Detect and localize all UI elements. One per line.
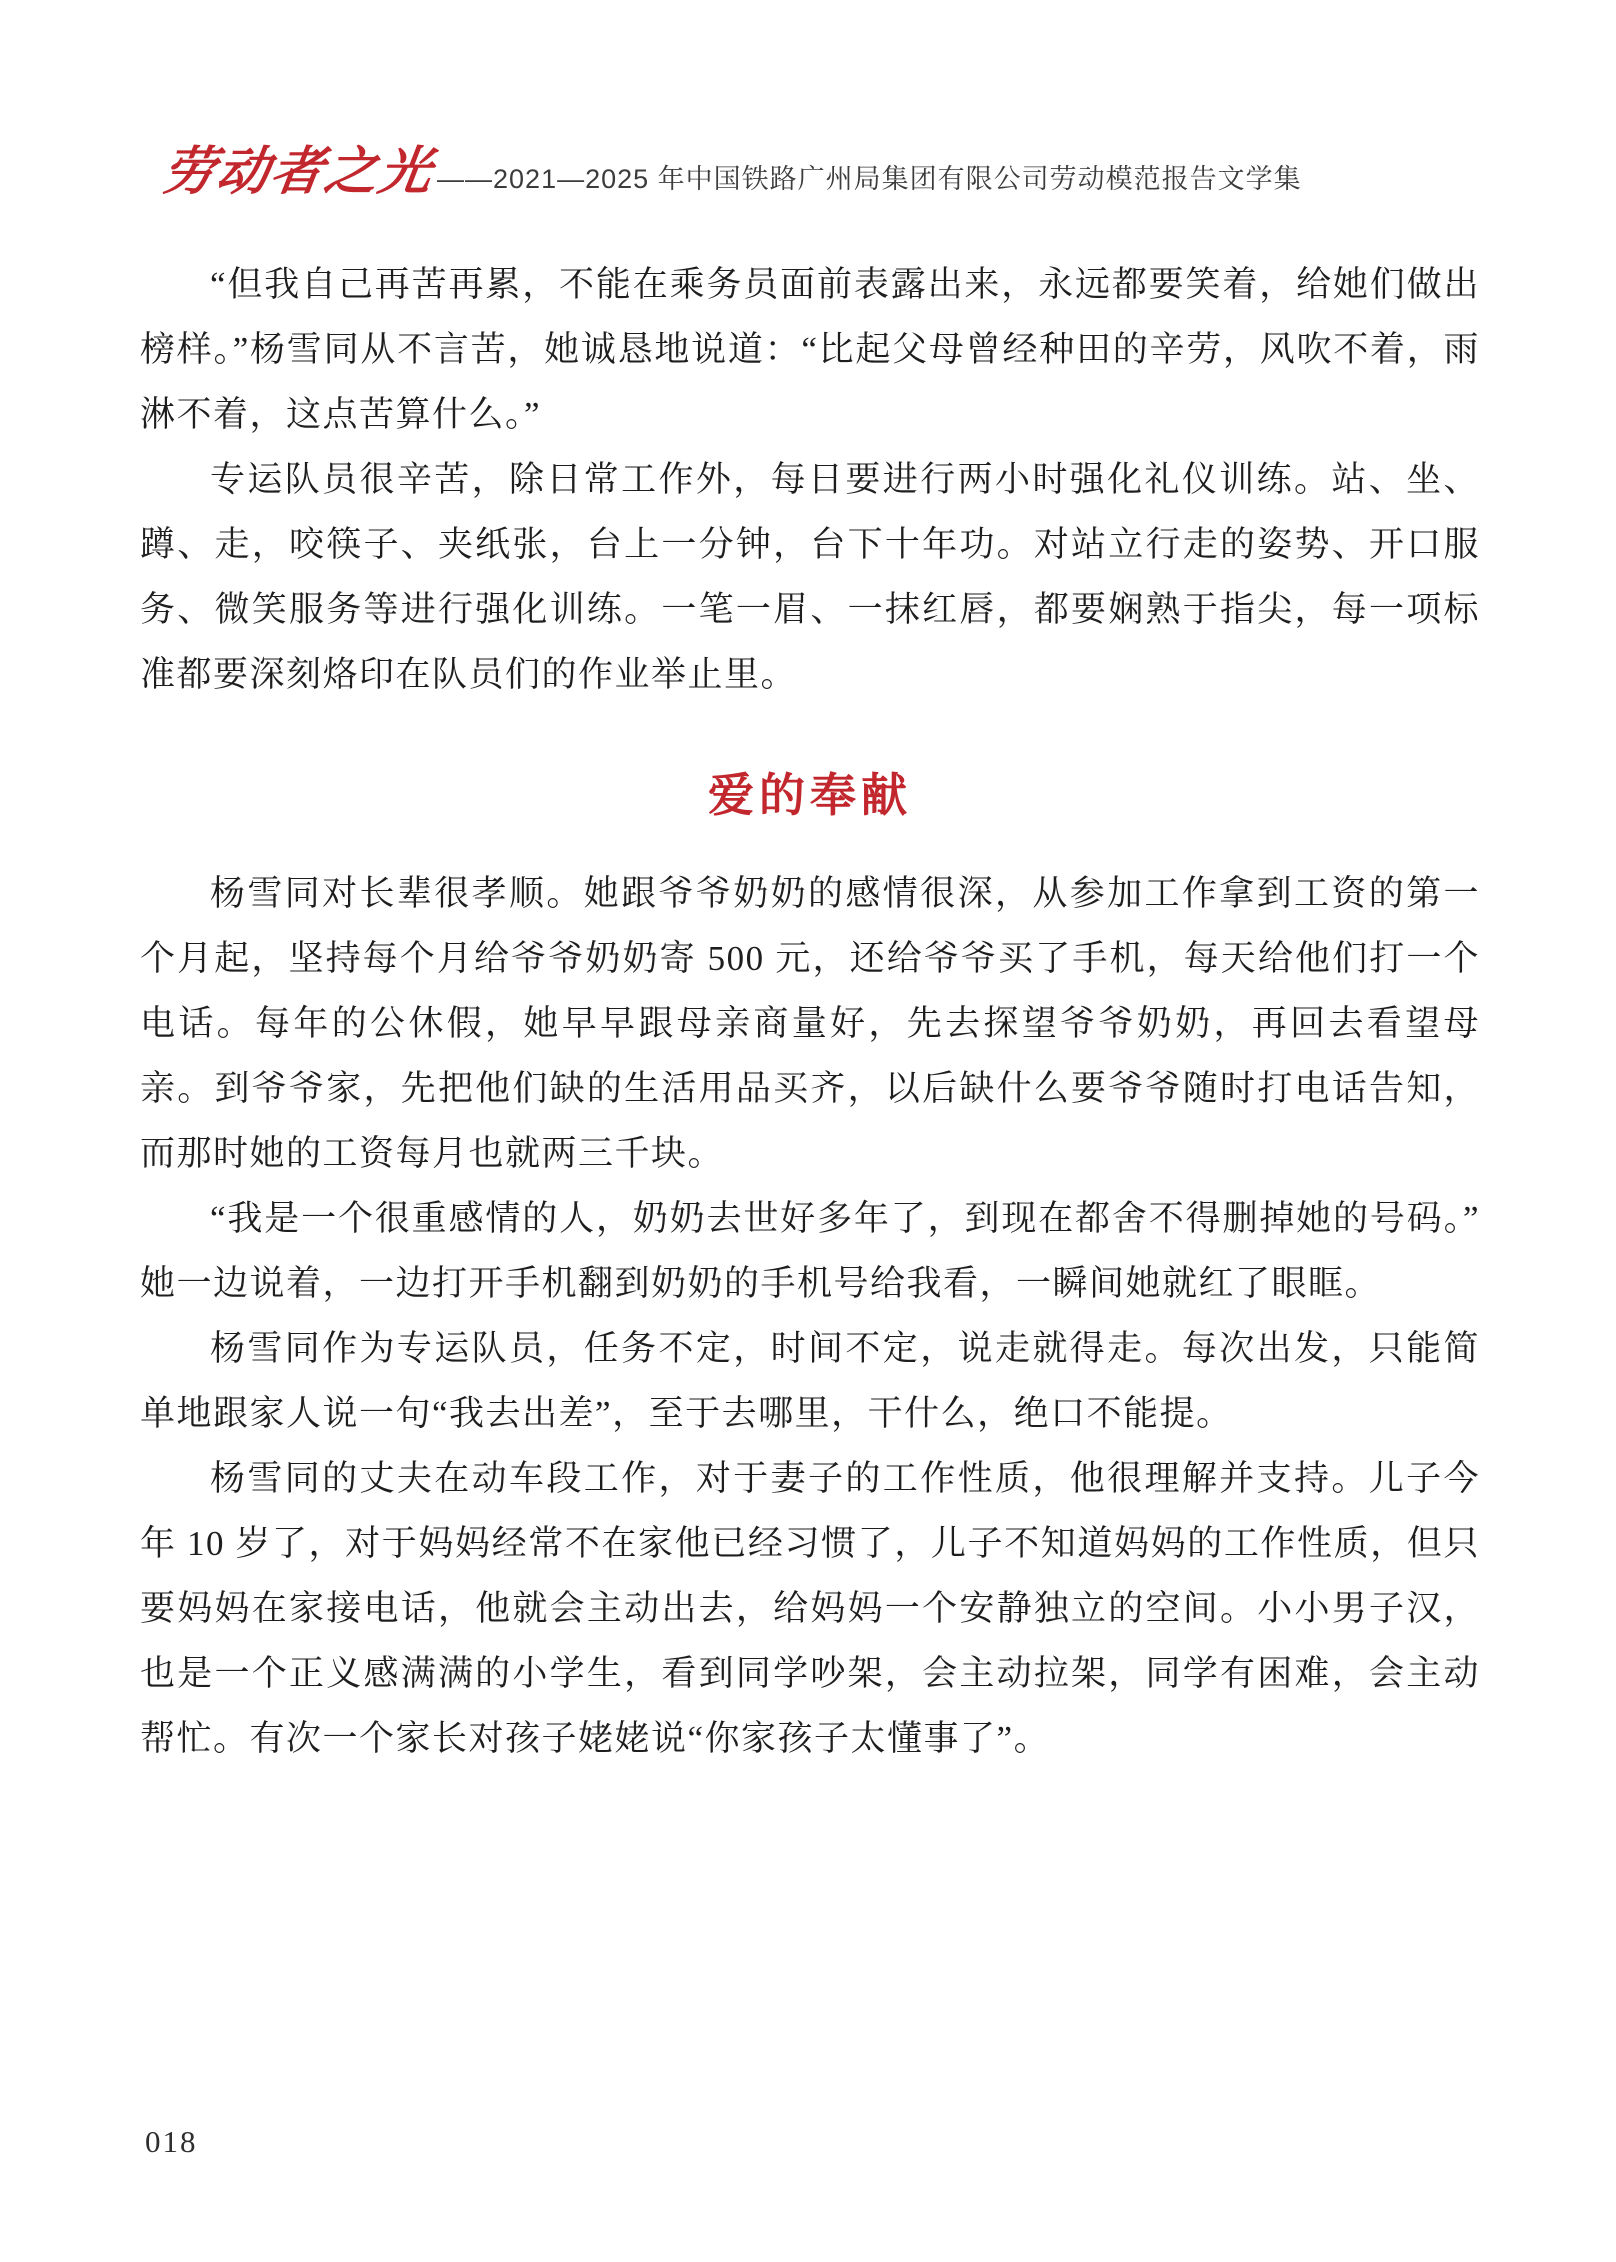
book-page: 劳动者之光 ——2021—2025 年中国铁路广州局集团有限公司劳动模范报告文学… [0, 0, 1616, 2262]
header-title: ——2021—2025 年中国铁路广州局集团有限公司劳动模范报告文学集 [437, 166, 1302, 198]
paragraph-4: “我是一个很重感情的人，奶奶去世好多年了，到现在都舍不得删掉她的号码。”她一边说… [140, 1186, 1480, 1316]
paragraph-1: “但我自己再苦再累，不能在乘务员面前表露出来，永远都要笑着，给她们做出榜样。”杨… [140, 252, 1480, 447]
section-heading: 爱的奉献 [140, 767, 1480, 825]
paragraph-2: 专运队员很辛苦，除日常工作外，每日要进行两小时强化礼仪训练。站、坐、蹲、走，咬筷… [140, 447, 1480, 707]
page-number: 018 [145, 2124, 198, 2160]
page-header: 劳动者之光 ——2021—2025 年中国铁路广州局集团有限公司劳动模范报告文学… [163, 146, 1302, 198]
page-body: “但我自己再苦再累，不能在乘务员面前表露出来，永远都要笑着，给她们做出榜样。”杨… [140, 252, 1480, 1771]
paragraph-3: 杨雪同对长辈很孝顺。她跟爷爷奶奶的感情很深，从参加工作拿到工资的第一个月起，坚持… [140, 861, 1480, 1186]
paragraph-6: 杨雪同的丈夫在动车段工作，对于妻子的工作性质，他很理解并支持。儿子今年 10 岁… [140, 1446, 1480, 1771]
paragraph-5: 杨雪同作为专运队员，任务不定，时间不定，说走就得走。每次出发，只能简单地跟家人说… [140, 1316, 1480, 1446]
series-logo: 劳动者之光 [159, 146, 436, 198]
